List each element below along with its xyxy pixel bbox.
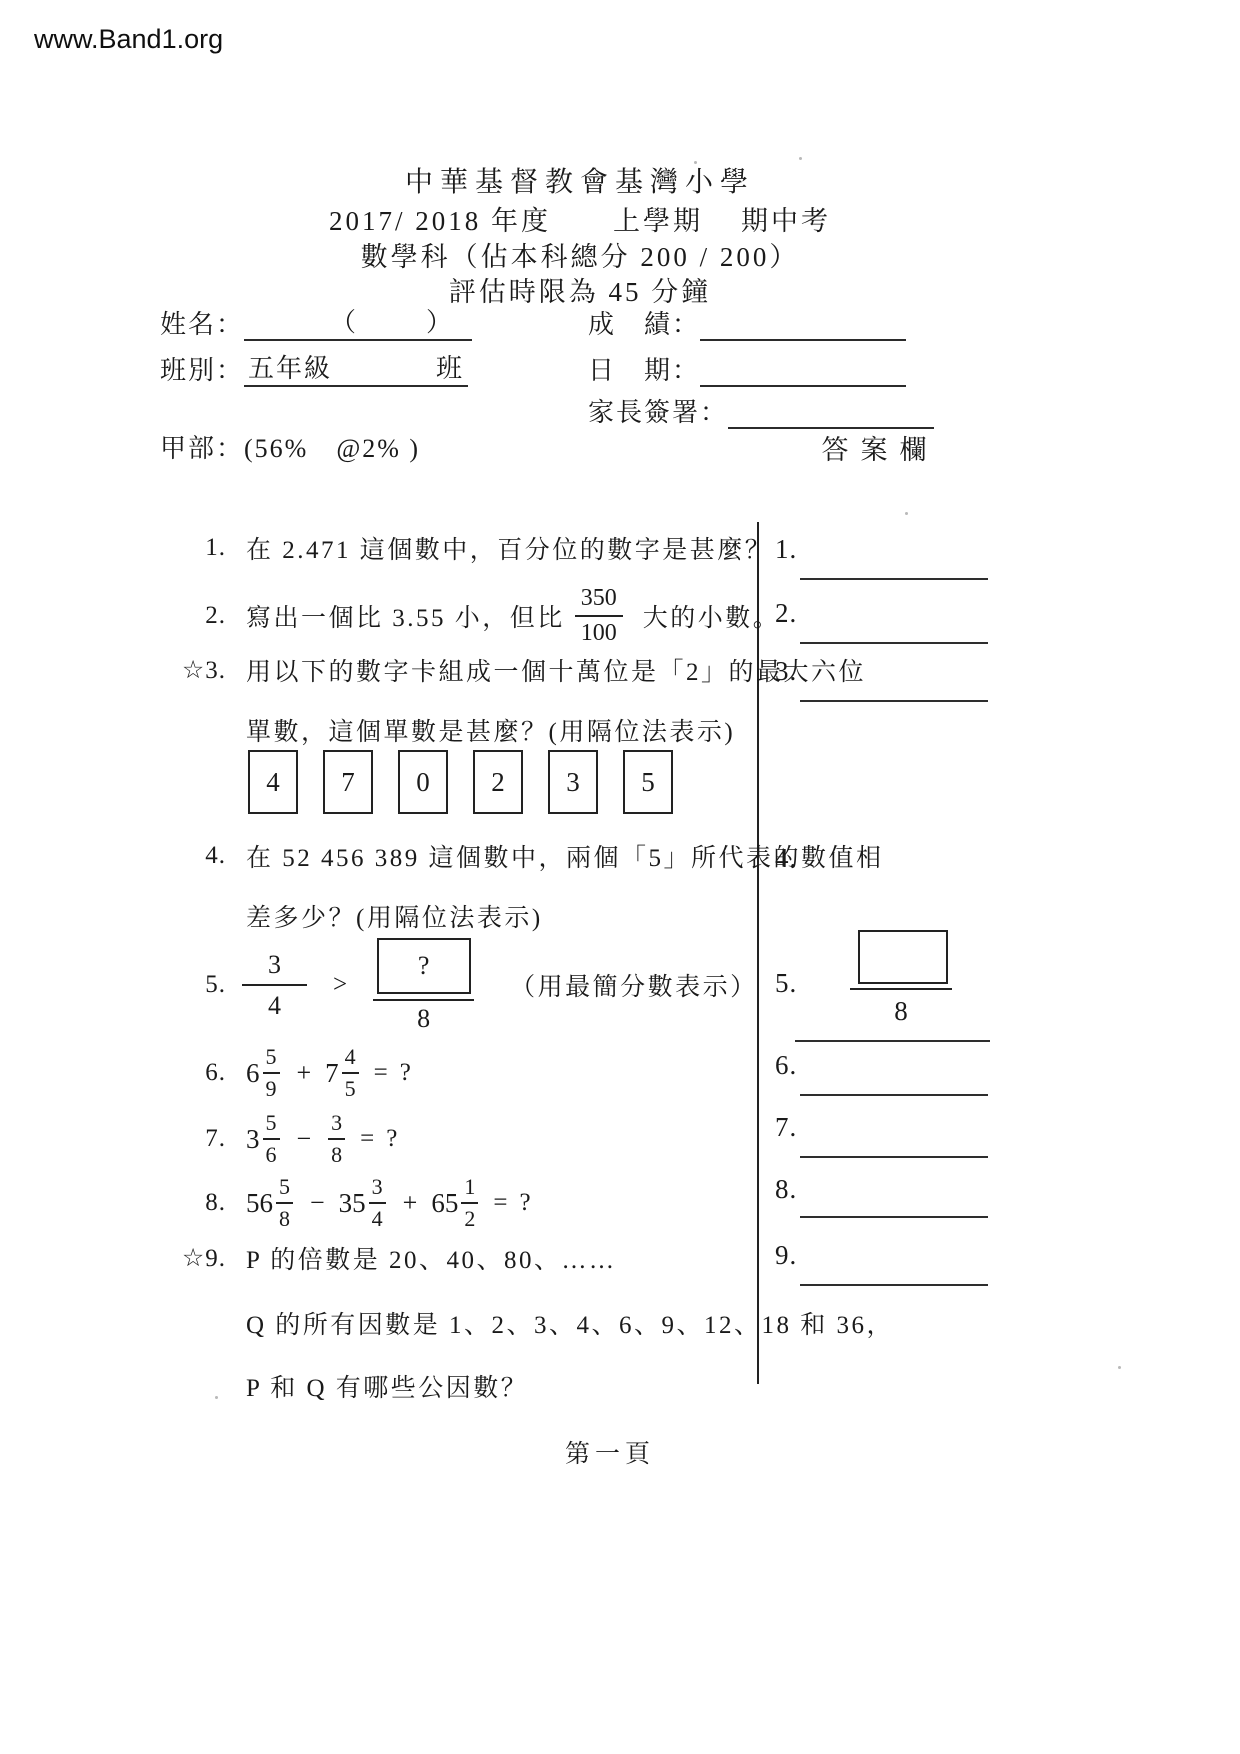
scan-speck	[215, 1396, 218, 1399]
question-9-number: ☆9.	[142, 1243, 226, 1273]
fraction-denominator: 4	[369, 1202, 386, 1230]
fraction-denominator: 8	[328, 1138, 345, 1166]
scan-speck	[1118, 1366, 1121, 1369]
mixed-number: 65 1 2	[431, 1176, 481, 1230]
question-mark: ?	[400, 1059, 411, 1087]
fraction-denominator: 8	[373, 999, 474, 1032]
question-mark: ?	[386, 1125, 397, 1153]
score-row: 成 績：	[588, 304, 906, 341]
question-2-number: 2.	[160, 602, 226, 630]
minus-sign: −	[297, 1124, 312, 1154]
name-field-blank: （ ）	[244, 305, 472, 341]
question-2-text-pre: 寫出一個比 3.55 小，但比	[246, 598, 565, 634]
term-label: 上學期	[613, 199, 703, 238]
question-1: 1. 在 2.471 這個數中，百分位的數字是甚麼？	[160, 530, 772, 566]
fraction-numerator: 4	[342, 1046, 359, 1072]
fraction: 5 6	[263, 1112, 280, 1166]
site-watermark: www.Band1.org	[34, 24, 223, 55]
fraction-denominator: 4	[242, 984, 307, 1019]
mixed-number: 3 5 6	[246, 1112, 283, 1166]
answer-line-6	[800, 1094, 988, 1096]
fraction-denominator: 100	[575, 615, 623, 646]
question-3-line2: 單數，這個單數是甚麼？(用隔位法表示)	[246, 712, 735, 748]
digit-card: 0	[398, 750, 448, 814]
whole-part: 65	[431, 1188, 458, 1219]
answer-line-3	[800, 700, 988, 702]
question-4-line2: 差多少？(用隔位法表示)	[246, 898, 543, 934]
fraction: 5 8	[276, 1176, 293, 1230]
equals-sign: =	[374, 1059, 388, 1087]
answer-slot-label-1: 1.	[775, 534, 797, 565]
question-9: ☆9. P 的倍數是 20、40、80、……	[142, 1240, 616, 1276]
fraction-denominator: 5	[342, 1072, 359, 1100]
digit-card: 2	[473, 750, 523, 814]
parent-sign-blank	[728, 395, 934, 429]
whole-part: 35	[339, 1188, 366, 1219]
answer-5-denominator: 8	[850, 996, 952, 1027]
parent-sign-row: 家長簽署：	[588, 392, 934, 429]
mixed-number: 35 3 4	[339, 1176, 389, 1230]
answer-slot-label-2: 2.	[775, 598, 797, 629]
question-3-number: ☆3.	[152, 655, 226, 685]
score-label: 成 績：	[588, 304, 700, 341]
class-number-parens: （ ）	[330, 302, 472, 339]
school-name: 中華基督教會基灣小學	[250, 160, 910, 200]
answer-slot-label-8: 8.	[775, 1174, 797, 1205]
whole-part: 56	[246, 1188, 273, 1219]
fraction-numerator: 5	[263, 1046, 280, 1072]
score-field-blank	[700, 307, 906, 341]
whole-part: 3	[246, 1124, 260, 1155]
class-label: 班別：	[160, 350, 244, 387]
question-3: ☆3. 用以下的數字卡組成一個十萬位是「2」的最大六位	[152, 652, 866, 688]
mixed-number: 6 5 9	[246, 1046, 283, 1100]
question-2-fraction: 350 100	[575, 586, 623, 646]
date-field-blank	[700, 353, 906, 387]
answer-line-1	[800, 578, 988, 580]
digit-card: 5	[623, 750, 673, 814]
section-a-label: 甲部：(56% @2% )	[160, 428, 420, 465]
fraction: 4 5	[342, 1046, 359, 1100]
question-5: 5. 3 4 > ? 8 （用最簡分數表示）	[160, 935, 758, 1035]
question-2-text-post: 大的小數。	[643, 598, 781, 634]
answer-5-fraction-bar	[850, 988, 952, 990]
question-5-number: 5.	[160, 971, 226, 999]
equals-sign: =	[493, 1189, 507, 1217]
question-5-left-fraction: 3 4	[242, 951, 307, 1020]
fraction-numerator: 3	[369, 1176, 386, 1202]
digit-cards: 4 7 0 2 3 5	[248, 750, 698, 814]
parent-sign-label: 家長簽署：	[588, 392, 728, 429]
fraction: 1 2	[461, 1176, 478, 1230]
fraction-numerator: 1	[461, 1176, 478, 1202]
scan-speck	[694, 161, 697, 164]
question-5-note: （用最簡分數表示）	[510, 967, 758, 1003]
answer-line-7	[800, 1156, 988, 1158]
answer-line-5	[795, 1040, 990, 1042]
answer-line-9	[800, 1284, 988, 1286]
question-7: 7. 3 5 6 − 3 8 = ?	[160, 1106, 397, 1172]
fraction-denominator: 6	[263, 1138, 280, 1166]
question-6: 6. 6 5 9 + 7 4 5 = ?	[160, 1040, 411, 1106]
fraction-denominator: 9	[263, 1072, 280, 1100]
scan-speck	[799, 157, 802, 160]
name-label: 姓名：	[160, 304, 244, 341]
scanned-exam-page: www.Band1.org 中華基督教會基灣小學 2017/ 2018 年度 上…	[0, 0, 1240, 1754]
exam-session-line: 2017/ 2018 年度 上學期 期中考	[250, 199, 910, 238]
question-9-line3: P 和 Q 有哪些公因數？	[246, 1368, 528, 1404]
plus-sign: +	[297, 1058, 312, 1088]
question-4-number: 4.	[160, 842, 226, 870]
mixed-number: 7 4 5	[325, 1046, 362, 1100]
answer-slot-label-4: 4.	[775, 843, 797, 874]
page-number: 第一頁	[520, 1434, 700, 1470]
whole-part: 7	[325, 1058, 339, 1089]
question-8: 8. 56 5 8 − 35 3 4 + 65 1 2 = ?	[160, 1170, 531, 1236]
question-7-number: 7.	[160, 1125, 226, 1153]
fraction: 3 8	[328, 1112, 345, 1166]
question-mark: ?	[519, 1189, 530, 1217]
class-suffix: 班	[436, 348, 464, 385]
fraction: 3 4	[369, 1176, 386, 1230]
question-2: 2. 寫出一個比 3.55 小，但比 350 100 大的小數。	[160, 578, 780, 654]
equals-sign: =	[360, 1125, 374, 1153]
fraction-numerator: 5	[263, 1112, 280, 1138]
fraction-numerator: 3	[242, 951, 307, 984]
answer-line-2	[800, 642, 988, 644]
unknown-numerator-box: ?	[377, 938, 471, 994]
fraction-numerator: 3	[328, 1112, 345, 1138]
question-8-number: 8.	[160, 1189, 226, 1217]
answer-5-numerator-box	[858, 930, 948, 984]
fraction-numerator: 5	[276, 1176, 293, 1202]
question-9-line1: P 的倍數是 20、40、80、……	[246, 1240, 616, 1276]
question-1-number: 1.	[160, 534, 226, 562]
answer-slot-label-3: 3.	[775, 656, 797, 687]
fraction-denominator: 8	[276, 1202, 293, 1230]
question-1-text: 在 2.471 這個數中，百分位的數字是甚麼？	[246, 530, 772, 566]
fraction-numerator: 350	[575, 586, 623, 615]
digit-card: 4	[248, 750, 298, 814]
school-year: 2017/ 2018 年度	[329, 199, 551, 238]
question-5-boxed-fraction: ? 8	[373, 938, 474, 1032]
question-6-number: 6.	[160, 1059, 226, 1087]
scan-speck	[905, 512, 908, 515]
whole-part: 6	[246, 1058, 260, 1089]
greater-than-sign: >	[333, 971, 347, 999]
answer-slot-label-6: 6.	[775, 1050, 797, 1081]
answer-line-8	[800, 1216, 988, 1218]
subject-line: 數學科（佔本科總分 200 / 200）	[250, 235, 910, 274]
answer-slot-label-9: 9.	[775, 1240, 797, 1271]
class-field-blank: 五年級 班	[244, 351, 468, 387]
answer-column-title: 答案欄	[766, 428, 994, 467]
exam-type: 期中考	[741, 199, 831, 238]
fraction: 5 9	[263, 1046, 280, 1100]
date-row: 日 期：	[588, 350, 906, 387]
date-label: 日 期：	[588, 350, 700, 387]
question-9-line2: Q 的所有因數是 1、2、3、4、6、9、12、18 和 36，	[246, 1305, 894, 1341]
class-row: 班別： 五年級 班	[160, 350, 468, 387]
plus-sign: +	[403, 1188, 418, 1218]
fraction-denominator: 2	[461, 1202, 478, 1230]
digit-card: 3	[548, 750, 598, 814]
digit-card: 7	[323, 750, 373, 814]
class-grade: 五年級	[248, 348, 332, 385]
question-3-line1: 用以下的數字卡組成一個十萬位是「2」的最大六位	[246, 652, 866, 688]
answer-slot-label-5: 5.	[775, 968, 797, 999]
mixed-number: 56 5 8	[246, 1176, 296, 1230]
answer-slot-label-7: 7.	[775, 1112, 797, 1143]
name-row: 姓名： （ ）	[160, 304, 472, 341]
minus-sign: −	[310, 1188, 325, 1218]
